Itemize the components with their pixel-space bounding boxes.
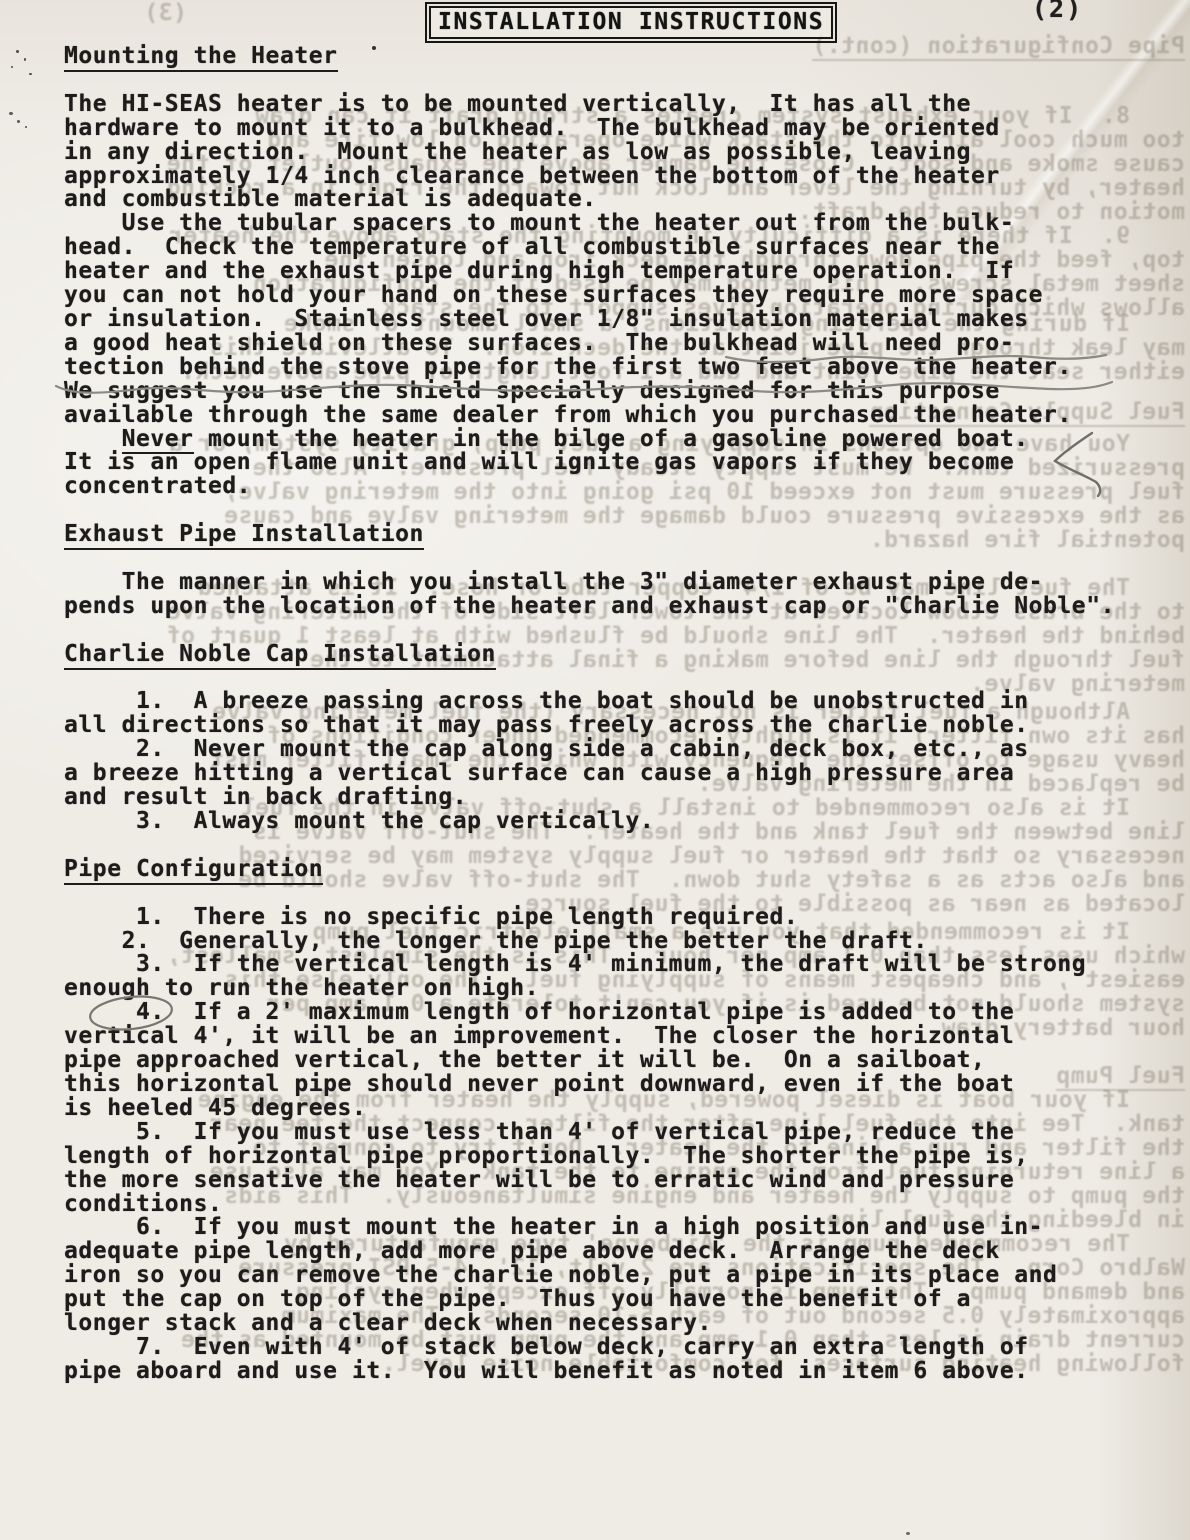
text-line bbox=[64, 882, 1115, 906]
text-line: hardware to mount it to a bulkhead. The … bbox=[64, 117, 1115, 141]
text-line: the more sensative the heater will be to… bbox=[64, 1169, 1115, 1193]
text-line: 6. If you must mount the heater in a hig… bbox=[64, 1216, 1115, 1240]
text-line: and combustible material is adequate. bbox=[64, 188, 1115, 212]
text-line: or insulation. Stainless steel over 1/8"… bbox=[64, 308, 1115, 332]
section-heading: Pipe Configuration bbox=[64, 858, 1115, 882]
section-heading: Charlie Noble Cap Installation bbox=[64, 643, 1115, 667]
text-line bbox=[64, 619, 1115, 643]
page-title: INSTALLATION INSTRUCTIONS bbox=[429, 6, 833, 39]
text-line bbox=[64, 547, 1115, 571]
text-line: concentrated. bbox=[64, 475, 1115, 499]
text-line: We suggest you use the shield specially … bbox=[64, 380, 1115, 404]
text-line: 4. If a 2' maximum length of horizontal … bbox=[64, 1001, 1115, 1025]
text-line: tection behind the stove pipe for the fi… bbox=[64, 356, 1115, 380]
text-line: enough to run the heater on high. bbox=[64, 977, 1115, 1001]
text-line: this horizontal pipe should never point … bbox=[64, 1073, 1115, 1097]
text-line bbox=[64, 69, 1115, 93]
document-body: Mounting the Heater The HI-SEAS heater i… bbox=[64, 45, 1115, 1384]
text-line: 3. Always mount the cap vertically. bbox=[64, 810, 1115, 834]
text-line: It is an open flame unit and will ignite… bbox=[64, 451, 1115, 475]
text-line: iron so you can remove the charlie noble… bbox=[64, 1264, 1115, 1288]
text-line: all directions so that it may pass freel… bbox=[64, 714, 1115, 738]
text-line: conditions. bbox=[64, 1193, 1115, 1217]
text-line: longer stack and a clear deck when neces… bbox=[64, 1312, 1115, 1336]
text-line: Use the tubular spacers to mount the hea… bbox=[64, 212, 1115, 236]
text-line: The manner in which you install the 3" d… bbox=[64, 571, 1115, 595]
heading-text: Charlie Noble Cap Installation bbox=[64, 641, 496, 670]
text-line: 2. Never mount the cap along side a cabi… bbox=[64, 738, 1115, 762]
scanned-document-page: (3)Pipe Configuration (cont.)8. If your … bbox=[0, 0, 1190, 1540]
text-line: you can not hold your hand on these surf… bbox=[64, 284, 1115, 308]
heading-text: Exhaust Pipe Installation bbox=[64, 521, 424, 550]
text-line: pipe aboard and use it. You will benefit… bbox=[64, 1360, 1115, 1384]
text-line: 1. There is no specific pipe length requ… bbox=[64, 906, 1115, 930]
heading-text: Mounting the Heater bbox=[64, 43, 338, 72]
section-heading: Mounting the Heater bbox=[64, 45, 1115, 69]
text-line: is heeled 45 degrees. bbox=[64, 1097, 1115, 1121]
text-line bbox=[64, 834, 1115, 858]
text-line bbox=[64, 667, 1115, 691]
text-line: pipe approached vertical, the better it … bbox=[64, 1049, 1115, 1073]
text-line: 5. If you must use less than 4' of verti… bbox=[64, 1121, 1115, 1145]
text-line: a good heat shield on these surfaces. Th… bbox=[64, 332, 1115, 356]
text-line: a breeze hitting a vertical surface can … bbox=[64, 762, 1115, 786]
text-line bbox=[64, 499, 1115, 523]
text-line: available through the same dealer from w… bbox=[64, 404, 1115, 428]
text-line: head. Check the temperature of all combu… bbox=[64, 236, 1115, 260]
text-line: 3. If the vertical length is 4' minimum,… bbox=[64, 953, 1115, 977]
text-line: heater and the exhaust pipe during high … bbox=[64, 260, 1115, 284]
text-line: and result in back drafting. bbox=[64, 786, 1115, 810]
text-line: pends upon the location of the heater an… bbox=[64, 595, 1115, 619]
text-line: in any direction. Mount the heater as lo… bbox=[64, 141, 1115, 165]
text-line: adequate pipe length, add more pipe abov… bbox=[64, 1240, 1115, 1264]
heading-text: Pipe Configuration bbox=[64, 856, 323, 885]
bleedthrough-line: (3) bbox=[144, 0, 187, 26]
text-line: 1. A breeze passing across the boat shou… bbox=[64, 690, 1115, 714]
text-line: approximately 1/4 inch clearance between… bbox=[64, 165, 1115, 189]
text-line: The HI-SEAS heater is to be mounted vert… bbox=[64, 93, 1115, 117]
text-line: Never mount the heater in the bilge of a… bbox=[64, 428, 1115, 452]
text-line: 2. Generally, the longer the pipe the be… bbox=[64, 930, 1115, 954]
section-heading: Exhaust Pipe Installation bbox=[64, 523, 1115, 547]
text-line: 7. Even with 4' of stack below deck, car… bbox=[64, 1336, 1115, 1360]
text-line: put the cap on top of the pipe. Thus you… bbox=[64, 1288, 1115, 1312]
text-line: length of horizontal pipe proportionally… bbox=[64, 1145, 1115, 1169]
text-line: vertical 4', it will be an improvement. … bbox=[64, 1025, 1115, 1049]
page-number: (2) bbox=[1032, 0, 1083, 23]
